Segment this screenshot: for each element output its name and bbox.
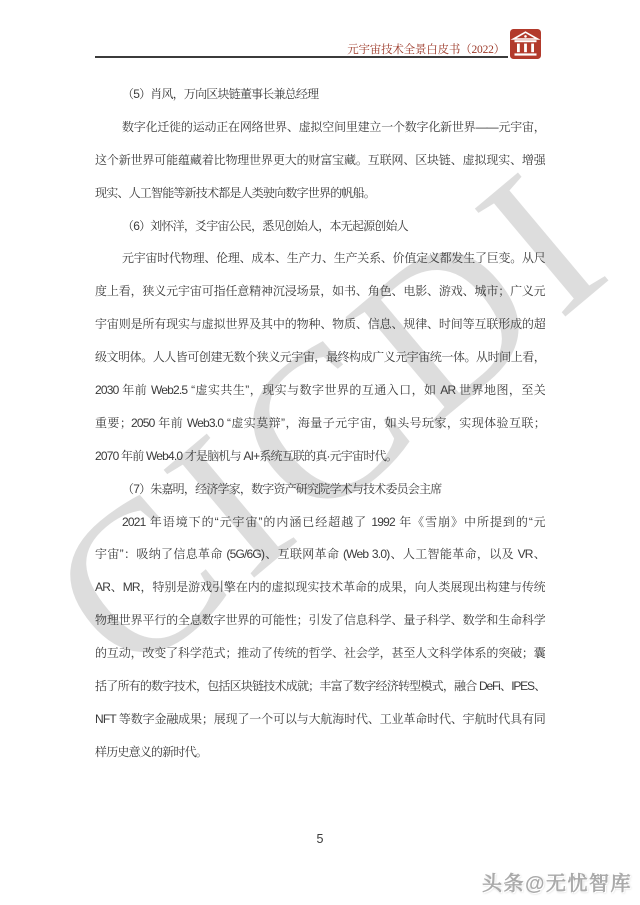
body-line: 2070 年前 Web4.0 才是脑机与 AI+系统互联的真·元宇宙时代。 — [95, 440, 545, 473]
toutiao-brand-watermark: 头条@无忧智库 — [482, 867, 632, 896]
page-body: （5）肖风，万向区块链董事长兼总经理 数字化迁徙的运动正在网络世界、虚拟空间里建… — [95, 78, 545, 769]
body-line: （7）朱嘉明，经济学家，数字资产研究院学术与技术委员会主席 — [95, 473, 545, 506]
cicdi-building-logo-icon — [510, 29, 541, 59]
body-line: 元宇宙时代物理、伦理、成本、生产力、生产关系、价值定义都发生了巨变。从尺 — [95, 242, 545, 275]
body-line: 括了所有的数字技术，包括区块链技术成就；丰富了数字经济转型模式，融合 DeFi、… — [95, 670, 545, 703]
body-line: 物理世界平行的全息数字世界的可能性；引发了信息科学、量子科学、数学和生命科学 — [95, 604, 545, 637]
body-line: 现实、人工智能等新技术都是人类驶向数字世界的帆船。 — [95, 177, 545, 210]
body-line: 样历史意义的新时代。 — [95, 736, 545, 769]
body-line: 级文明体。人人皆可创建无数个狭义元宇宙，最终构成广义元宇宙统一体。从时间上看， — [95, 341, 545, 374]
body-line: 这个新世界可能蕴藏着比物理世界更大的财富宝藏。互联网、区块链、虚拟现实、增强 — [95, 144, 545, 177]
body-line: 的互动，改变了科学范式；推动了传统的哲学、社会学，甚至人文科学体系的突破；囊 — [95, 637, 545, 670]
header-rule — [95, 56, 508, 58]
body-line: 度上看，狭义元宇宙可指任意精神沉浸场景，如书、角色、电影、游戏、城市；广义元 — [95, 275, 545, 308]
body-line: 宇宙”：吸纳了信息革命 (5G/6G)、互联网革命 (Web 3.0)、人工智能… — [95, 538, 545, 571]
body-line: NFT 等数字金融成果；展现了一个可以与大航海时代、工业革命时代、宇航时代具有同 — [95, 703, 545, 736]
page-number: 5 — [0, 832, 640, 846]
header-title: 元宇宙技术全景白皮书（2022） — [347, 41, 505, 57]
body-line: （5）肖风，万向区块链董事长兼总经理 — [95, 78, 545, 111]
body-line: （6）刘怀洋，爻宇宙公民，悉见创始人，本无起源创始人 — [95, 210, 545, 243]
body-line: 2021 年语境下的“元宇宙”的内涵已经超越了 1992 年《雪崩》中所提到的“… — [95, 506, 545, 539]
body-line: 2030 年前 Web2.5 “虚实共生”，现实与数字世界的互通入口，如 AR … — [95, 374, 545, 407]
body-line: 宇宙则是所有现实与虚拟世界及其中的物种、物质、信息、规律、时间等互联形成的超 — [95, 308, 545, 341]
body-line: 数字化迁徙的运动正在网络世界、虚拟空间里建立一个数字化新世界——元宇宙， — [95, 111, 545, 144]
body-line: 重要；2050 年前 Web3.0 “虚实莫辩”，海量子元宇宙，如头号玩家，实现… — [95, 407, 545, 440]
document-page: CICDI 元宇宙技术全景白皮书（2022） （5）肖风，万向区块链董事长兼总经… — [0, 0, 640, 905]
body-line: AR、MR，特别是游戏引擎在内的虚拟现实技术革命的成果，向人类展现出构建与传统 — [95, 571, 545, 604]
